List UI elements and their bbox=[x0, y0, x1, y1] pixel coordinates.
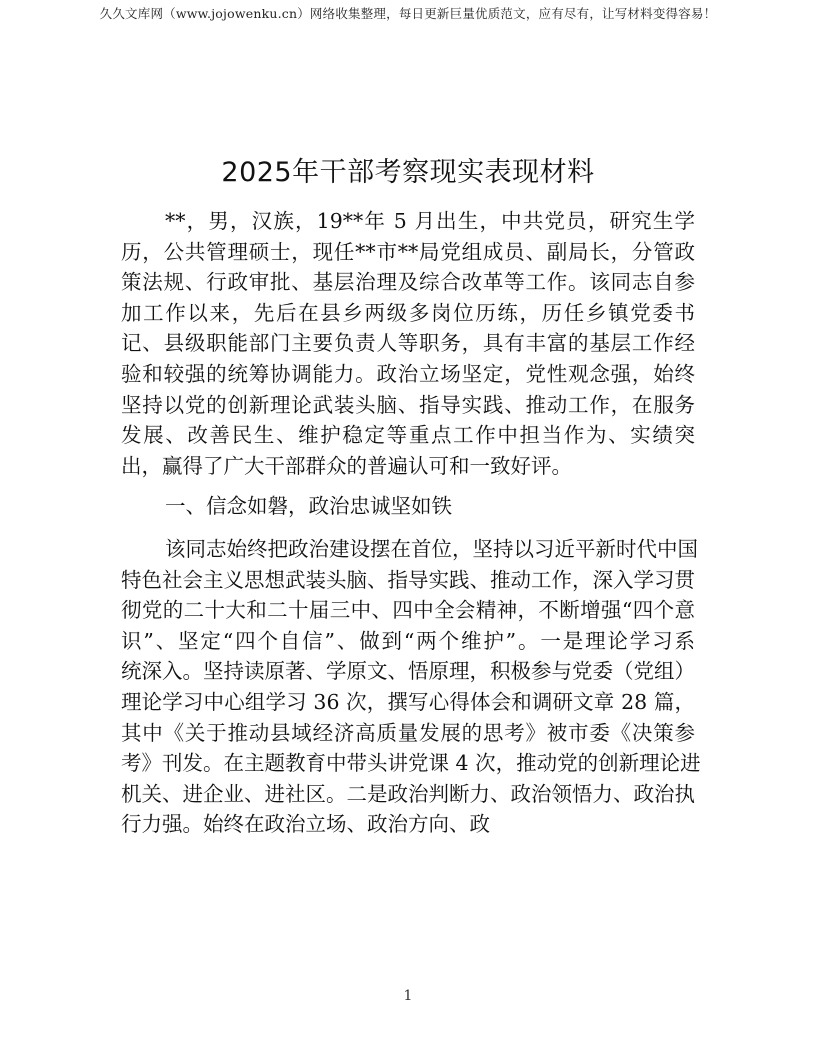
text-line: 历，公共管理硕士，现任**市**局党组成员、副局长，分管政 bbox=[121, 237, 695, 268]
text-line: 发展、改善民生、维护稳定等重点工作中担当作为、实绩突 bbox=[121, 420, 695, 451]
text-line: 考》刊发。在主题教育中带头讲党课 4 次，推动党的创新理论进 bbox=[121, 748, 695, 779]
intro-paragraph: **，男，汉族，19**年 5 月出生，中共党员，研究生学 历，公共管理硕士，现… bbox=[121, 206, 695, 481]
text-line: 出，赢得了广大干部群众的普遍认可和一致好评。 bbox=[121, 451, 695, 482]
text-line: 理论学习中心组学习 36 次，撰写心得体会和调研文章 28 篇， bbox=[121, 687, 695, 718]
text-line: 坚持以党的创新理论武装头脑、指导实践、推动工作，在服务 bbox=[121, 390, 695, 421]
text-line: 该同志始终把政治建设摆在首位，坚持以习近平新时代中国 bbox=[121, 534, 695, 565]
text-line: 策法规、行政审批、基层治理及综合改革等工作。该同志自参 bbox=[121, 267, 695, 298]
paragraph-spacer bbox=[121, 522, 695, 534]
text-line: 特色社会主义思想武装头脑、指导实践、推动工作，深入学习贯 bbox=[121, 565, 695, 596]
text-line: 记、县级职能部门主要负责人等职务，具有丰富的基层工作经 bbox=[121, 328, 695, 359]
text-line: 机关、进企业、进社区。二是政治判断力、政治领悟力、政治执 bbox=[121, 779, 695, 810]
page-number: 1 bbox=[0, 988, 816, 1004]
document-title: 2025年干部考察现实表现材料 bbox=[0, 150, 816, 189]
text-line: 行力强。始终在政治立场、政治方向、政 bbox=[121, 809, 695, 840]
website-header-note: 久久文库网（www.jojowenku.cn）网络收集整理，每日更新巨量优质范文… bbox=[0, 4, 816, 22]
text-line: **，男，汉族，19**年 5 月出生，中共党员，研究生学 bbox=[121, 206, 695, 237]
text-line: 其中《关于推动县域经济高质量发展的思考》被市委《决策参 bbox=[121, 718, 695, 749]
section-paragraph: 该同志始终把政治建设摆在首位，坚持以习近平新时代中国 特色社会主义思想武装头脑、… bbox=[121, 534, 695, 840]
text-line: 识”、坚定“四个自信”、做到“两个维护”。一是理论学习系 bbox=[121, 626, 695, 657]
document-body: **，男，汉族，19**年 5 月出生，中共党员，研究生学 历，公共管理硕士，现… bbox=[121, 206, 695, 840]
text-line: 彻党的二十大和二十届三中、四中全会精神，不断增强“四个意 bbox=[121, 595, 695, 626]
text-line: 统深入。坚持读原著、学原文、悟原理，积极参与党委（党组） bbox=[121, 656, 695, 687]
section-heading: 一、信念如磐，政治忠诚坚如铁 bbox=[121, 491, 695, 522]
text-line: 验和较强的统筹协调能力。政治立场坚定，党性观念强，始终 bbox=[121, 359, 695, 390]
text-line: 加工作以来，先后在县乡两级多岗位历练，历任乡镇党委书 bbox=[121, 298, 695, 329]
